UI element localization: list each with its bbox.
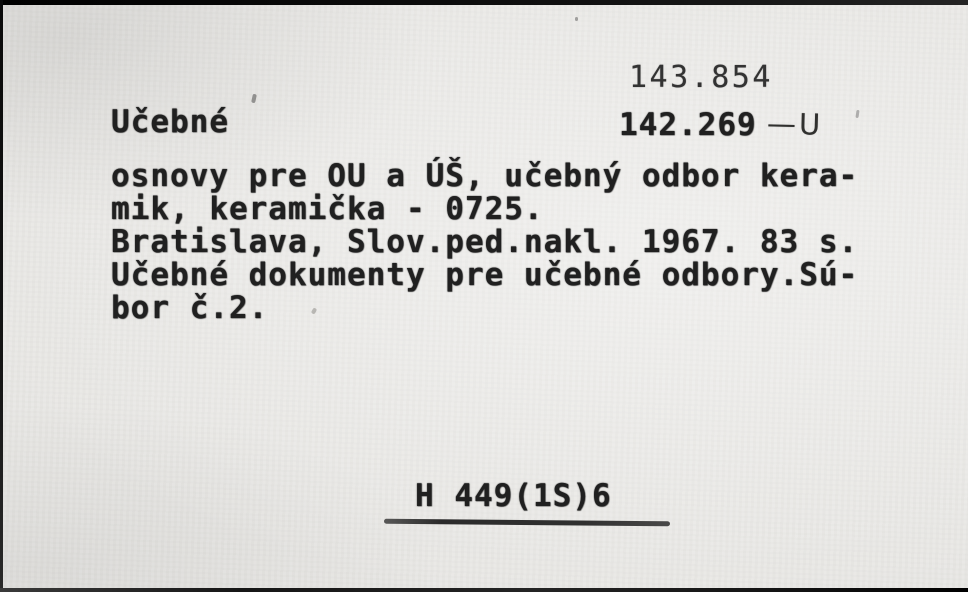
description-line: bor č.2. [111, 292, 911, 325]
call-number: 142.269 [619, 107, 757, 143]
bibliographic-description: osnovy pre OU a ÚŠ, učebný odbor kera- m… [111, 160, 911, 325]
description-line: mik, keramička - 0725. [111, 193, 911, 226]
shelf-mark: H 449(1S)6 [415, 478, 612, 514]
paper-speck [251, 94, 257, 104]
handwritten-annotation: —U [766, 106, 823, 141]
description-line: Bratislava, Slov.ped.nakl. 1967. 83 s. [111, 226, 911, 259]
description-line: osnovy pre OU a ÚŠ, učebný odbor kera- [111, 160, 911, 193]
heading-entry-word: Učebné [111, 104, 229, 140]
scan-edge-bottom [0, 588, 968, 592]
shelf-mark-underline [384, 519, 670, 526]
catalog-card: 143.854 Učebné 142.269 —U osnovy pre OU … [0, 0, 968, 592]
accession-number: 143.854 [629, 60, 773, 95]
scan-edge-top [0, 0, 968, 5]
paper-speck [855, 110, 859, 118]
call-number-row: 142.269 —U [619, 107, 823, 143]
paper-speck [575, 17, 578, 21]
scan-edge-left [0, 0, 3, 592]
description-line: Učebné dokumenty pre učebné odbory.Sú- [111, 259, 911, 292]
